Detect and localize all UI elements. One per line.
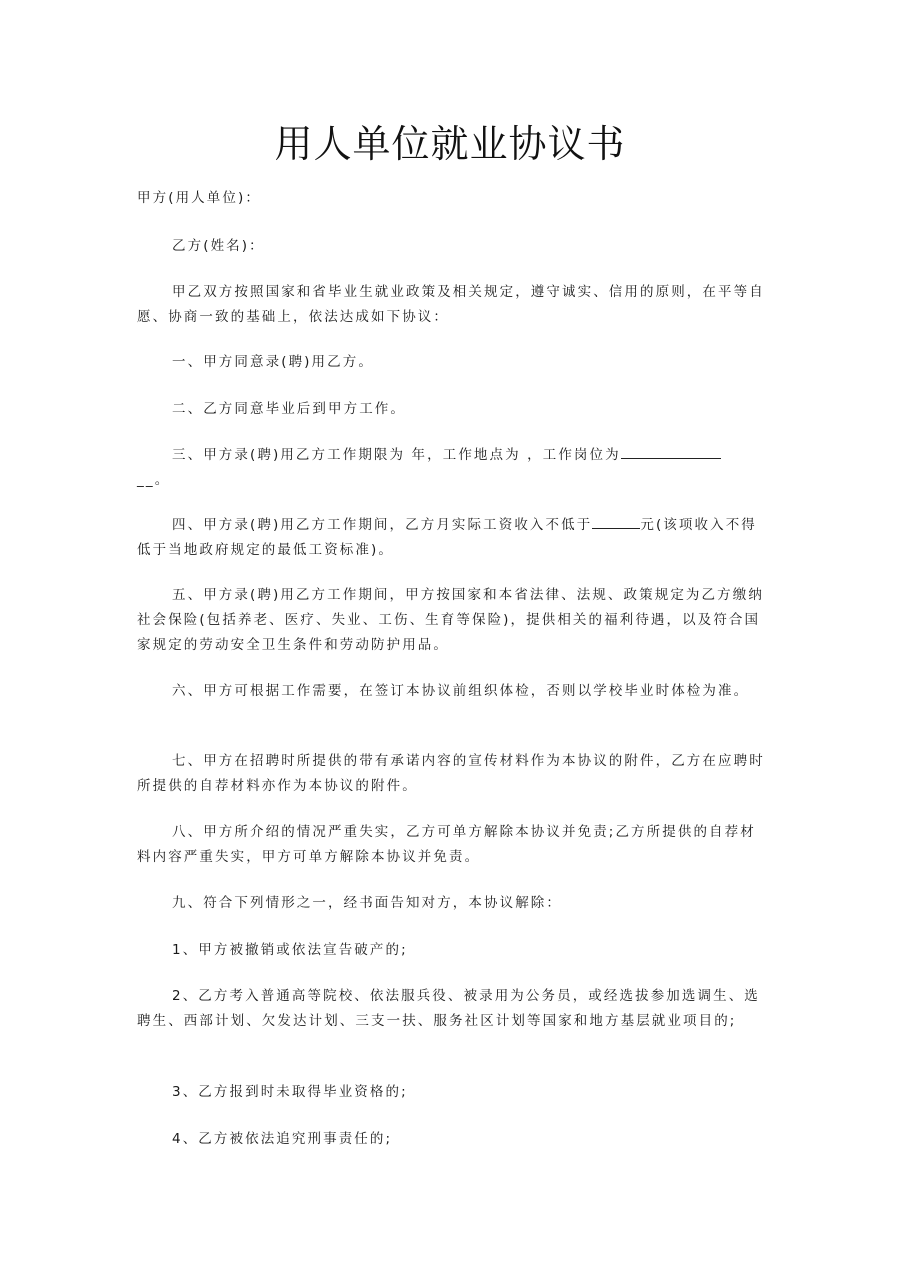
party-b-label: 乙方(姓名)：: [137, 234, 767, 259]
clause-4-text: 四、甲方录(聘)用乙方工作期间，乙方月实际工资收入不低于: [172, 517, 592, 533]
sub-item-1: 1、甲方被撤销或依法宣告破产的;: [137, 938, 767, 963]
document-page: 用人单位就业协议书 甲方(用人单位)： 乙方(姓名)： 甲乙双方按照国家和省毕业…: [0, 0, 900, 1272]
clause-4: 四、甲方录(聘)用乙方工作期间，乙方月实际工资收入不低于元(该项收入不得低于当地…: [137, 513, 767, 563]
salary-blank: [592, 514, 640, 529]
clause-8: 八、甲方所介绍的情况严重失实，乙方可单方解除本协议并免责;乙方所提供的自荐材料内…: [137, 820, 767, 870]
clause-3-text: 三、甲方录(聘)用乙方工作期限为 年，工作地点为 ，工作岗位为: [172, 447, 621, 463]
job-position-blank: [621, 444, 721, 459]
clause-2: 二、乙方同意毕业后到甲方工作。: [137, 397, 767, 422]
clause-5: 五、甲方录(聘)用乙方工作期间，甲方按国家和本省法律、法规、政策规定为乙方缴纳社…: [137, 583, 767, 658]
clause-3-end: 。: [155, 472, 171, 488]
clause-7: 七、甲方在招聘时所提供的带有承诺内容的宣传材料作为本协议的附件，乙方在应聘时所提…: [137, 749, 767, 799]
clause-1: 一、甲方同意录(聘)用乙方。: [137, 350, 767, 375]
clause-9: 九、符合下列情形之一，经书面告知对方，本协议解除：: [137, 891, 767, 916]
clause-3: 三、甲方录(聘)用乙方工作期限为 年，工作地点为 ，工作岗位为__。: [137, 443, 767, 493]
clause-6: 六、甲方可根据工作需要，在签订本协议前组织体检，否则以学校毕业时体检为准。: [137, 679, 767, 704]
party-a-label: 甲方(用人单位)：: [137, 186, 767, 211]
sub-item-4: 4、乙方被依法追究刑事责任的;: [137, 1127, 767, 1152]
document-title: 用人单位就业协议书: [0, 118, 900, 170]
sub-item-2: 2、乙方考入普通高等院校、依法服兵役、被录用为公务员，或经选拔参加选调生、选聘生…: [137, 984, 767, 1034]
sub-item-3: 3、乙方报到时未取得毕业资格的;: [137, 1080, 767, 1105]
clause-3-blank-tail: __: [137, 472, 155, 488]
preamble-paragraph: 甲乙双方按照国家和省毕业生就业政策及相关规定，遵守诚实、信用的原则，在平等自愿、…: [137, 280, 767, 330]
